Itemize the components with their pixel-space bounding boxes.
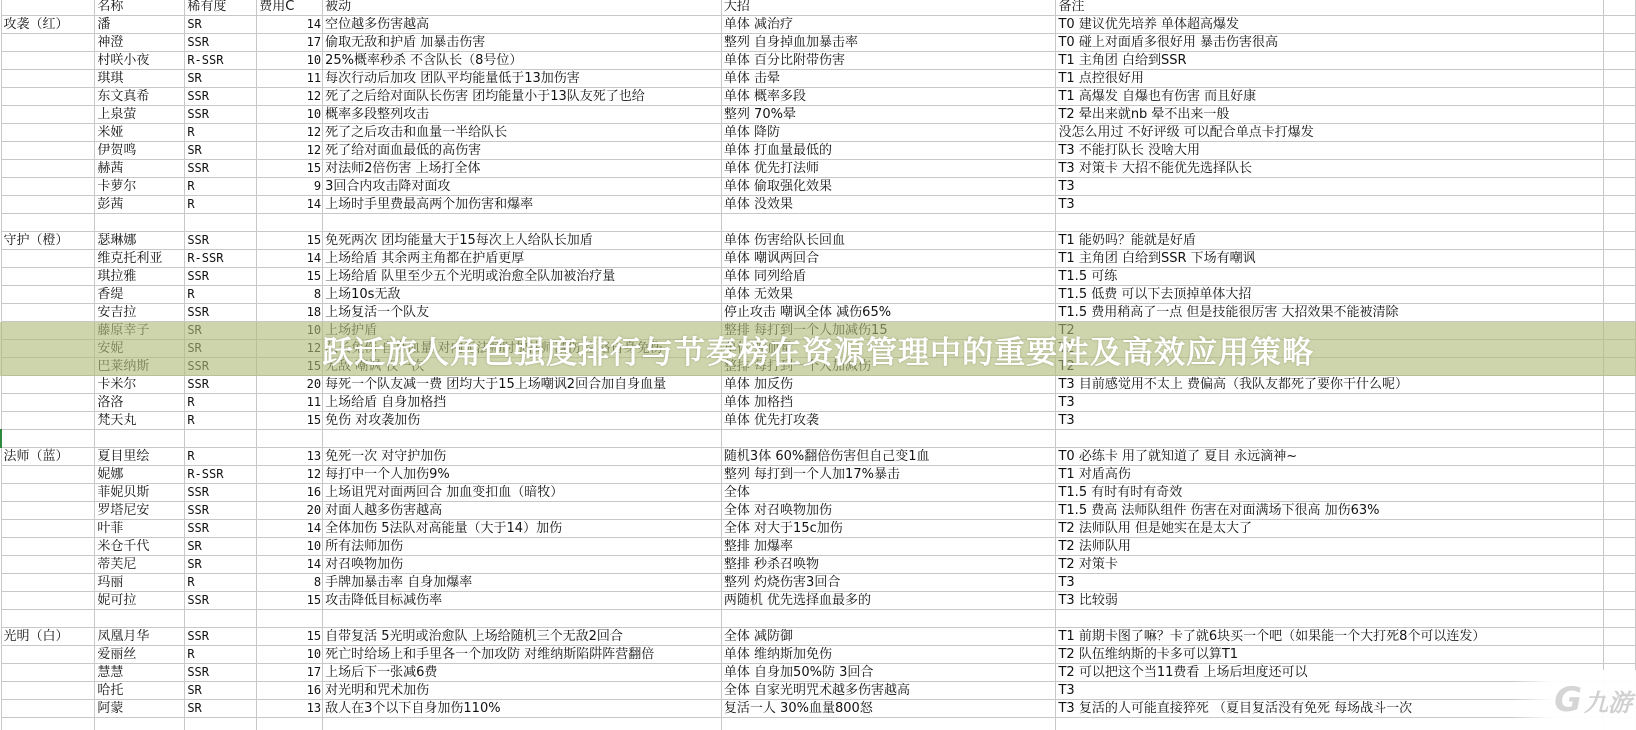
notes-cell[interactable]: T3 不能打队长 没啥大用 [1056,142,1604,160]
notes-cell[interactable]: T1.5 低费 可以下去顶掉单体大招 [1056,286,1604,304]
notes-cell[interactable]: T3 比较弱 [1056,592,1604,610]
passive-cell[interactable]: 免伤 对攻袭加伤 [323,412,722,430]
empty-cell[interactable] [1604,502,1636,520]
rarity-cell[interactable]: SSR [185,268,257,286]
notes-cell[interactable]: T3 [1056,178,1604,196]
ultimate-cell[interactable]: 单体 伤害给队长回血 [721,232,1056,250]
category-cell[interactable] [1,592,95,610]
notes-cell[interactable]: T1.5 可练 [1056,268,1604,286]
cost-cell[interactable]: 20 [257,502,323,520]
category-cell[interactable] [1,142,95,160]
passive-cell[interactable]: 免死一次 对守护加伤 [323,448,722,466]
category-cell[interactable] [1,520,95,538]
notes-cell[interactable]: T0 必练卡 用了就知道了 夏目 永远滴神~ [1056,448,1604,466]
rarity-cell[interactable]: R [185,448,257,466]
empty-cell[interactable] [1604,610,1636,628]
passive-cell[interactable]: 每次行动后加攻 团队平均能量低于13加伤害 [323,70,722,88]
category-cell[interactable] [1,574,95,592]
cost-cell[interactable]: 12 [257,142,323,160]
category-cell[interactable] [1,268,95,286]
category-cell[interactable] [1,196,95,214]
ultimate-cell[interactable]: 单体 没效果 [721,196,1056,214]
passive-cell[interactable]: 手牌加暴击率 自身加爆率 [323,574,722,592]
category-cell[interactable] [1,160,95,178]
rarity-cell[interactable]: SSR [185,628,257,646]
empty-cell[interactable] [257,214,323,232]
name-cell[interactable]: 神澄 [95,34,185,52]
header-passive[interactable]: 被动 [323,0,722,16]
notes-cell[interactable]: T3 目前感觉用不太上 费偏高（我队友都死了要你干什么呢） [1056,376,1604,394]
notes-cell[interactable]: T1 高爆发 自爆也有伤害 而且好康 [1056,88,1604,106]
category-cell[interactable] [1,88,95,106]
name-cell[interactable]: 菲妮贝斯 [95,484,185,502]
category-cell[interactable] [1,304,95,322]
empty-cell[interactable] [721,214,1056,232]
cost-cell[interactable]: 14 [257,16,323,34]
table-row: 卡米尔SSR20每死一个队友减一费 团均大于15上场嘲讽2回合加自身血量单体 加… [1,376,1636,394]
notes-cell[interactable]: T1 前期卡图了嘛？卡了就6块买一个吧（如果能一个大打死8个可以连发） [1056,628,1604,646]
cost-cell[interactable]: 15 [257,628,323,646]
empty-cell[interactable] [1604,160,1636,178]
name-cell[interactable]: 米仓千代 [95,538,185,556]
cost-cell[interactable]: 10 [257,646,323,664]
cost-cell[interactable]: 8 [257,286,323,304]
cost-cell[interactable]: 13 [257,448,323,466]
rarity-cell[interactable]: SR [185,682,257,700]
empty-cell[interactable] [1604,628,1636,646]
passive-cell[interactable]: 上场给盾 自身加格挡 [323,394,722,412]
cost-cell[interactable]: 18 [257,304,323,322]
empty-cell[interactable] [323,214,722,232]
name-cell[interactable]: 米娅 [95,124,185,142]
empty-cell[interactable] [1604,106,1636,124]
name-cell[interactable]: 慧慧 [95,664,185,682]
passive-cell[interactable]: 对召唤物加伤 [323,556,722,574]
empty-cell[interactable] [1604,412,1636,430]
rarity-cell[interactable]: R [185,646,257,664]
passive-cell[interactable]: 上场给盾 其余两主角都在护盾更厚 [323,250,722,268]
notes-cell[interactable]: T1.5 费高 法师队组件 伤害在对面满场下很高 加伤63% [1056,502,1604,520]
name-cell[interactable]: 爱丽丝 [95,646,185,664]
rarity-cell[interactable]: R [185,286,257,304]
category-cell[interactable] [1,556,95,574]
name-cell[interactable]: 妮娜 [95,466,185,484]
name-cell[interactable]: 卡萝尔 [95,178,185,196]
passive-cell[interactable]: 死亡时给场上和手里各一个加攻防 对维纳斯陷阱阵营翻倍 [323,646,722,664]
empty-cell[interactable] [95,610,185,628]
empty-cell[interactable] [1604,376,1636,394]
notes-cell[interactable]: T1.5 费用稍高了一点 但是技能很厉害 大招效果不能被清除 [1056,304,1604,322]
name-cell[interactable]: 赫茜 [95,160,185,178]
category-cell[interactable] [1,646,95,664]
ultimate-cell[interactable]: 整排 秒杀召唤物 [721,556,1056,574]
name-cell[interactable]: 玛丽 [95,574,185,592]
ultimate-cell[interactable]: 全体 对召唤物加伤 [721,502,1056,520]
cost-cell[interactable]: 12 [257,88,323,106]
notes-cell[interactable]: T2 队伍维纳斯的卡多可以算T1 [1056,646,1604,664]
notes-cell[interactable]: T3 [1056,196,1604,214]
empty-cell[interactable] [185,430,257,448]
category-cell[interactable] [1,106,95,124]
empty-cell[interactable] [1604,142,1636,160]
name-cell[interactable]: 罗塔尼安 [95,502,185,520]
ultimate-cell[interactable]: 单体 打血量最低的 [721,142,1056,160]
empty-cell[interactable] [1604,448,1636,466]
ultimate-cell[interactable]: 单体 偷取强化效果 [721,178,1056,196]
empty-cell[interactable] [1604,304,1636,322]
cost-cell[interactable]: 10 [257,52,323,70]
category-cell[interactable] [1,700,95,718]
passive-cell[interactable]: 上场给盾 队里至少五个光明或治愈全队加被治疗量 [323,268,722,286]
empty-cell[interactable] [95,718,185,730]
ultimate-cell[interactable]: 单体 同列给盾 [721,268,1056,286]
category-cell[interactable] [1,412,95,430]
rarity-cell[interactable]: SSR [185,106,257,124]
ultimate-cell[interactable]: 单体 加反伤 [721,376,1056,394]
passive-cell[interactable]: 上场后下一张减6费 [323,664,722,682]
name-cell[interactable]: 东文真希 [95,88,185,106]
passive-cell[interactable]: 所有法师加伤 [323,538,722,556]
rarity-cell[interactable]: R [185,178,257,196]
rarity-cell[interactable]: R-SSR [185,52,257,70]
ultimate-cell[interactable]: 整排 加爆率 [721,538,1056,556]
name-cell[interactable]: 凤凰月华 [95,628,185,646]
name-cell[interactable]: 香缇 [95,286,185,304]
passive-cell[interactable]: 概率多段整列攻击 [323,106,722,124]
empty-cell[interactable] [721,718,1056,730]
category-cell[interactable]: 守护（橙） [1,232,95,250]
notes-cell[interactable]: T1 能奶吗？能就是好盾 [1056,232,1604,250]
passive-cell[interactable]: 自带复活 5光明或治愈队 上场给随机三个无敌2回合 [323,628,722,646]
cost-cell[interactable]: 20 [257,376,323,394]
empty-cell[interactable] [1604,520,1636,538]
category-cell[interactable] [1,376,95,394]
passive-cell[interactable]: 每死一个队友减一费 团均大于15上场嘲讽2回合加自身血量 [323,376,722,394]
ultimate-cell[interactable]: 全体 [721,484,1056,502]
rarity-cell[interactable]: SSR [185,34,257,52]
header-rarity[interactable]: 稀有度 [185,0,257,16]
empty-cell[interactable] [1604,574,1636,592]
notes-cell[interactable]: 没怎么用过 不好评级 可以配合单点卡打爆发 [1056,124,1604,142]
empty-cell[interactable] [185,718,257,730]
ultimate-cell[interactable]: 全体 对大于15c加伤 [721,520,1056,538]
ultimate-cell[interactable]: 单体 降防 [721,124,1056,142]
cost-cell[interactable]: 11 [257,70,323,88]
ultimate-cell[interactable]: 单体 自身加50%防 3回合 [721,664,1056,682]
name-cell[interactable]: 洛洛 [95,394,185,412]
passive-cell[interactable]: 死了给对面血最低的高伤害 [323,142,722,160]
cost-cell[interactable]: 15 [257,232,323,250]
rarity-cell[interactable]: R [185,196,257,214]
notes-cell[interactable]: T3 [1056,394,1604,412]
name-cell[interactable]: 蒂芙尼 [95,556,185,574]
ultimate-cell[interactable]: 单体 嘲讽两回合 [721,250,1056,268]
empty-cell[interactable] [185,214,257,232]
empty-cell[interactable] [1604,646,1636,664]
notes-cell[interactable]: T2 法师队用 [1056,538,1604,556]
passive-cell[interactable]: 死了之后给对面队长伤害 团均能量小于13队友死了也给 [323,88,722,106]
category-cell[interactable] [1,394,95,412]
passive-cell[interactable]: 25%概率秒杀 不含队长（8号位） [323,52,722,70]
rarity-cell[interactable]: SR [185,538,257,556]
rarity-cell[interactable]: SSR [185,88,257,106]
header-category[interactable] [1,0,95,16]
cost-cell[interactable]: 9 [257,178,323,196]
passive-cell[interactable]: 空位越多伤害越高 [323,16,722,34]
name-cell[interactable]: 琪拉雅 [95,268,185,286]
ultimate-cell[interactable]: 单体 无效果 [721,286,1056,304]
ultimate-cell[interactable]: 单体 维纳斯加免伤 [721,646,1056,664]
empty-cell[interactable] [257,718,323,730]
ultimate-cell[interactable]: 单体 优先打攻袭 [721,412,1056,430]
ultimate-cell[interactable]: 全体 减防御 [721,628,1056,646]
category-cell[interactable] [1,250,95,268]
cost-cell[interactable]: 15 [257,412,323,430]
category-cell[interactable] [1,178,95,196]
notes-cell[interactable]: T1 主角团 白给到SSR [1056,52,1604,70]
rarity-cell[interactable]: SR [185,142,257,160]
empty-cell[interactable] [257,430,323,448]
name-cell[interactable]: 伊贺鸣 [95,142,185,160]
ultimate-cell[interactable]: 整列 每打到一个人加17%暴击 [721,466,1056,484]
category-cell[interactable] [1,124,95,142]
passive-cell[interactable]: 上场时手里费最高两个加伤害和爆率 [323,196,722,214]
category-cell[interactable]: 光明（白） [1,628,95,646]
empty-cell[interactable] [1604,52,1636,70]
cost-cell[interactable]: 15 [257,160,323,178]
table-row: 卡萝尔R93回合内攻击降对面攻单体 偷取强化效果T3 [1,178,1636,196]
rarity-cell[interactable]: SR [185,700,257,718]
name-cell[interactable]: 维克托利亚 [95,250,185,268]
cost-cell[interactable]: 14 [257,250,323,268]
empty-cell[interactable] [95,430,185,448]
cost-cell[interactable]: 14 [257,196,323,214]
empty-cell[interactable] [1604,466,1636,484]
empty-cell[interactable] [721,610,1056,628]
category-cell[interactable] [1,682,95,700]
category-cell[interactable] [1,538,95,556]
rarity-cell[interactable]: SSR [185,376,257,394]
rarity-cell[interactable]: SR [185,16,257,34]
name-cell[interactable]: 彭茜 [95,196,185,214]
name-cell[interactable]: 琪琪 [95,70,185,88]
passive-cell[interactable]: 上场10s无敌 [323,286,722,304]
category-cell[interactable] [1,34,95,52]
empty-cell[interactable] [1,430,95,448]
category-cell[interactable] [1,502,95,520]
cost-cell[interactable]: 17 [257,34,323,52]
ultimate-cell[interactable]: 单体 概率多段 [721,88,1056,106]
notes-cell[interactable]: T0 碰上对面盾多很好用 暴击伤害很高 [1056,34,1604,52]
passive-cell[interactable]: 对法师2倍伤害 上场打全体 [323,160,722,178]
empty-cell[interactable] [1604,484,1636,502]
empty-cell[interactable] [1604,538,1636,556]
rarity-cell[interactable]: SSR [185,484,257,502]
notes-cell[interactable]: T2 对策卡 [1056,556,1604,574]
rarity-cell[interactable]: SSR [185,304,257,322]
name-cell[interactable]: 村咲小夜 [95,52,185,70]
empty-cell[interactable] [1604,250,1636,268]
empty-cell[interactable] [323,430,722,448]
cost-cell[interactable]: 11 [257,394,323,412]
ultimate-cell[interactable]: 单体 击晕 [721,70,1056,88]
rarity-cell[interactable]: SSR [185,520,257,538]
ultimate-cell[interactable]: 停止攻击 嘲讽全体 减伤65% [721,304,1056,322]
passive-cell[interactable]: 全体加伤 5法队对高能量（大于14）加伤 [323,520,722,538]
passive-cell[interactable]: 每打中一个人加伤9% [323,466,722,484]
ultimate-cell[interactable]: 整列 灼烧伤害3回合 [721,574,1056,592]
cost-cell[interactable]: 12 [257,124,323,142]
rarity-cell[interactable]: R [185,394,257,412]
passive-cell[interactable]: 攻击降低目标减伤率 [323,592,722,610]
category-cell[interactable] [1,286,95,304]
name-cell[interactable]: 叶菲 [95,520,185,538]
name-cell[interactable]: 安吉拉 [95,304,185,322]
empty-cell[interactable] [1604,16,1636,34]
notes-cell[interactable]: T1.5 有时有时有奇效 [1056,484,1604,502]
notes-cell[interactable]: T3 [1056,574,1604,592]
empty-cell[interactable] [1604,124,1636,142]
empty-cell[interactable] [1,214,95,232]
rarity-cell[interactable]: SR [185,70,257,88]
passive-cell[interactable]: 敌人在3个以下自身加伤110% [323,700,722,718]
category-cell[interactable]: 攻袭（红） [1,16,95,34]
cost-cell[interactable]: 17 [257,664,323,682]
empty-cell[interactable] [1056,610,1604,628]
name-cell[interactable]: 瑟琳娜 [95,232,185,250]
category-cell[interactable] [1,484,95,502]
rarity-cell[interactable]: SSR [185,592,257,610]
category-cell[interactable]: 法师（蓝） [1,448,95,466]
rarity-cell[interactable]: SSR [185,160,257,178]
empty-cell[interactable] [1604,430,1636,448]
rarity-cell[interactable]: R-SSR [185,466,257,484]
name-cell[interactable]: 妮可拉 [95,592,185,610]
notes-cell[interactable]: T1 对盾高伤 [1056,466,1604,484]
empty-cell[interactable] [1604,556,1636,574]
table-row: 米娅R12死了之后攻击和血量一半给队长单体 降防没怎么用过 不好评级 可以配合单… [1,124,1636,142]
notes-cell[interactable]: T2 晕出来就nb 晕不出来一般 [1056,106,1604,124]
empty-cell[interactable] [1,718,95,730]
header-notes[interactable]: 备注 [1056,0,1604,16]
empty-cell[interactable] [1604,34,1636,52]
notes-cell[interactable]: T1 点控很好用 [1056,70,1604,88]
header-ultimate[interactable]: 大招 [721,0,1056,16]
passive-cell[interactable]: 对面人越多伤害越高 [323,502,722,520]
passive-cell[interactable]: 对光明和咒术加伤 [323,682,722,700]
category-cell[interactable] [1,466,95,484]
ultimate-cell[interactable]: 整列 自身掉血加暴击率 [721,34,1056,52]
name-cell[interactable]: 卡米尔 [95,376,185,394]
ultimate-cell[interactable]: 单体 加格挡 [721,394,1056,412]
cost-cell[interactable]: 13 [257,700,323,718]
ultimate-cell[interactable]: 全体 自家光明咒术越多伤害越高 [721,682,1056,700]
name-cell[interactable]: 上泉萤 [95,106,185,124]
rarity-cell[interactable]: SSR [185,232,257,250]
name-cell[interactable]: 哈托 [95,682,185,700]
category-cell[interactable] [1,664,95,682]
empty-cell[interactable] [1604,88,1636,106]
notes-cell[interactable]: T2 法师队用 但是她实在是太大了 [1056,520,1604,538]
empty-cell[interactable] [1604,592,1636,610]
rarity-cell[interactable]: R [185,412,257,430]
passive-cell[interactable]: 上场诅咒对面两回合 加血变扣血（暗牧） [323,484,722,502]
empty-cell[interactable] [1604,0,1636,16]
empty-cell[interactable] [323,610,722,628]
name-cell[interactable]: 梵天丸 [95,412,185,430]
cost-cell[interactable]: 12 [257,466,323,484]
rarity-cell[interactable]: SR [185,556,257,574]
empty-cell[interactable] [1604,232,1636,250]
cost-cell[interactable]: 14 [257,556,323,574]
cost-cell[interactable]: 8 [257,574,323,592]
passive-cell[interactable]: 偷取无敌和护盾 加暴击伤害 [323,34,722,52]
rarity-cell[interactable]: SSR [185,502,257,520]
notes-cell[interactable]: T0 建议优先培养 单体超高爆发 [1056,16,1604,34]
ultimate-cell[interactable]: 两随机 优先选择血最多的 [721,592,1056,610]
empty-cell[interactable] [1604,286,1636,304]
empty-cell[interactable] [323,718,722,730]
rarity-cell[interactable]: SSR [185,664,257,682]
category-cell[interactable] [1,52,95,70]
empty-cell[interactable] [1056,430,1604,448]
notes-cell[interactable]: T3 [1056,412,1604,430]
header-cost[interactable]: 费用C [257,0,323,16]
passive-cell[interactable]: 3回合内攻击降对面攻 [323,178,722,196]
category-cell[interactable] [1,70,95,88]
empty-cell[interactable] [257,610,323,628]
empty-cell[interactable] [721,430,1056,448]
ultimate-cell[interactable]: 单体 减治疗 [721,16,1056,34]
rarity-cell[interactable]: R-SSR [185,250,257,268]
empty-cell[interactable] [1604,268,1636,286]
ultimate-cell[interactable]: 单体 优先打法师 [721,160,1056,178]
rarity-cell[interactable]: R [185,574,257,592]
cost-cell[interactable]: 15 [257,592,323,610]
cost-cell[interactable]: 15 [257,268,323,286]
ultimate-cell[interactable]: 复活一人 30%血量800怒 [721,700,1056,718]
empty-cell[interactable] [1604,70,1636,88]
cost-cell[interactable]: 10 [257,106,323,124]
ultimate-cell[interactable]: 单体 百分比附带伤害 [721,52,1056,70]
empty-cell[interactable] [185,610,257,628]
empty-cell[interactable] [1604,178,1636,196]
empty-cell[interactable] [1,610,95,628]
ultimate-cell[interactable]: 随机3体 60%翻倍伤害但自己变1血 [721,448,1056,466]
name-cell[interactable]: 潘 [95,16,185,34]
notes-cell[interactable]: T3 对策卡 大招不能优先选择队长 [1056,160,1604,178]
empty-cell[interactable] [1604,214,1636,232]
cost-cell[interactable]: 16 [257,484,323,502]
header-name[interactable]: 名称 [95,0,185,16]
empty-cell[interactable] [95,214,185,232]
passive-cell[interactable]: 上场复活一个队友 [323,304,722,322]
empty-cell[interactable] [1056,214,1604,232]
ultimate-cell[interactable]: 整列 70%晕 [721,106,1056,124]
empty-cell[interactable] [1604,394,1636,412]
cost-cell[interactable]: 10 [257,538,323,556]
name-cell[interactable]: 阿蒙 [95,700,185,718]
passive-cell[interactable]: 免死两次 团均能量大于15每次上人给队长加盾 [323,232,722,250]
empty-cell[interactable] [1604,196,1636,214]
cost-cell[interactable]: 14 [257,520,323,538]
cost-cell[interactable]: 16 [257,682,323,700]
rarity-cell[interactable]: R [185,124,257,142]
name-cell[interactable]: 夏目里绘 [95,448,185,466]
passive-cell[interactable]: 死了之后攻击和血量一半给队长 [323,124,722,142]
notes-cell[interactable]: T1 主角团 白给到SSR 下场有嘲讽 [1056,250,1604,268]
table-row: 阿蒙SR13敌人在3个以下自身加伤110%复活一人 30%血量800怒T3 复活… [1,700,1636,718]
